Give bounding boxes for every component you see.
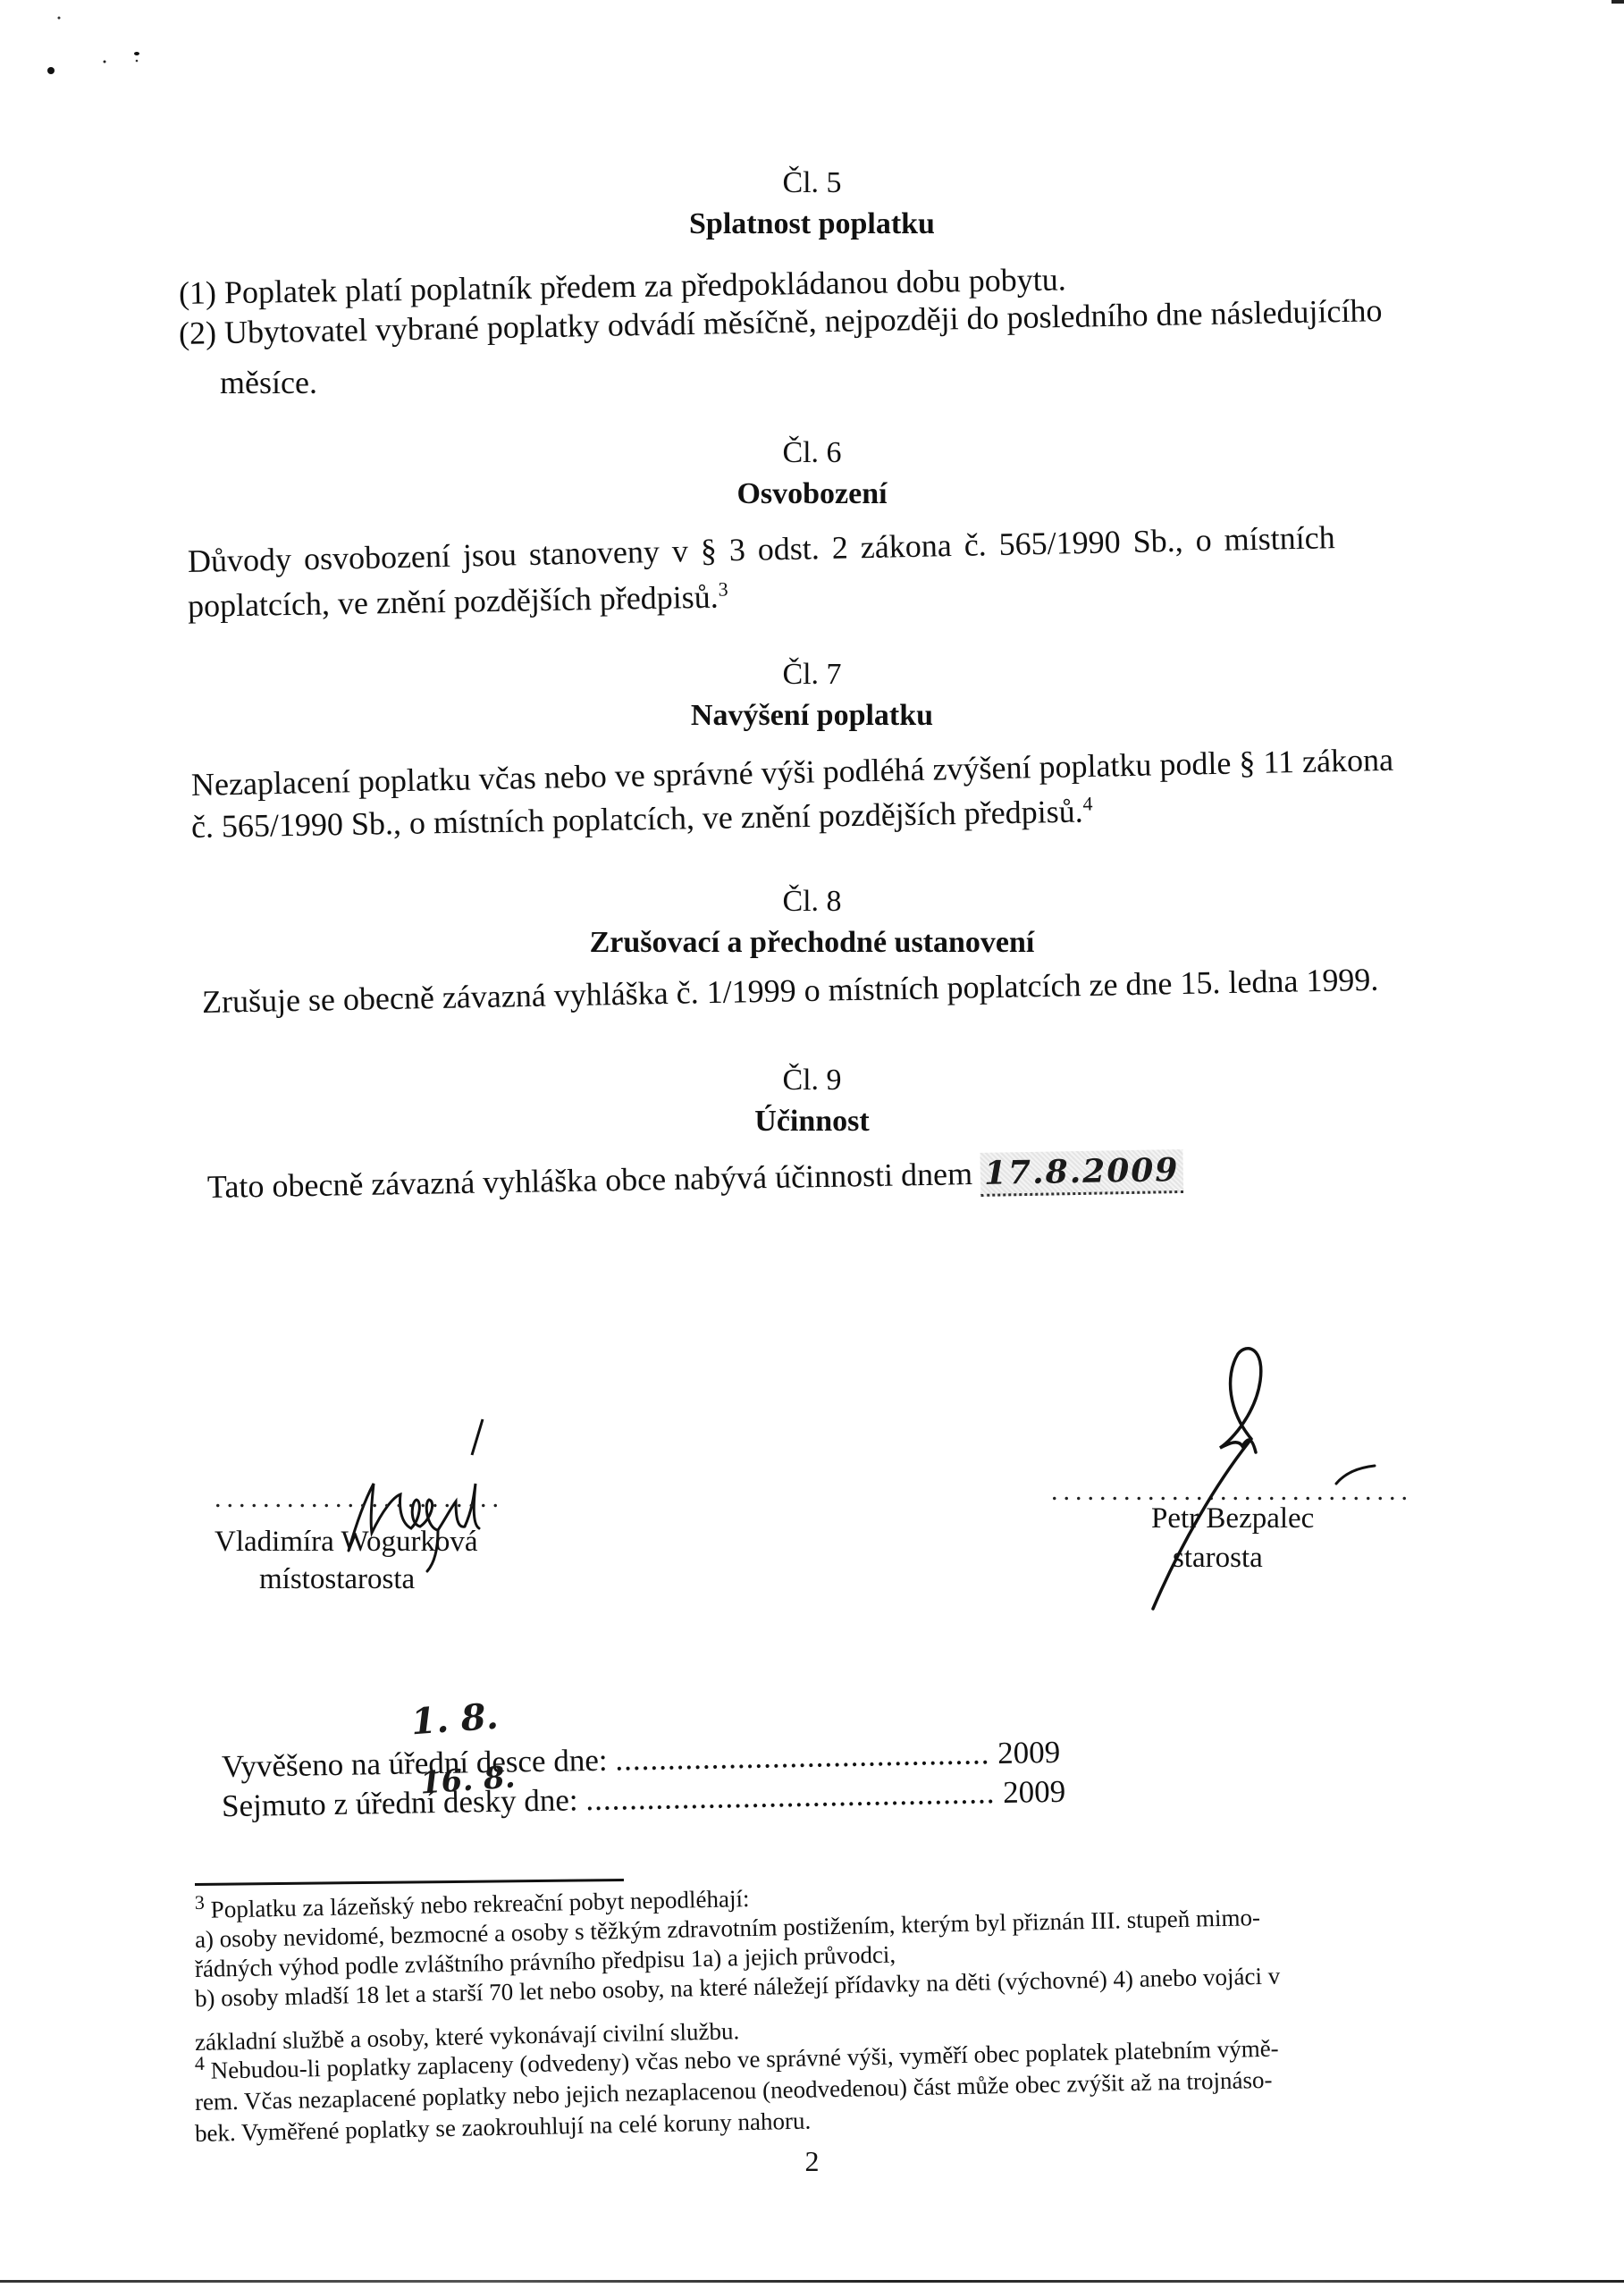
- scan-specks: [0, 0, 286, 107]
- article-7-title: Navýšení poplatku: [0, 699, 1624, 733]
- scan-bottom-edge: [0, 2280, 1624, 2283]
- footnote-ref-3[interactable]: 3: [718, 577, 728, 600]
- article-9-paragraph-1: Tato obecně závazná vyhláška obce nabývá…: [207, 1149, 1183, 1210]
- article-5-number: Čl. 5: [0, 166, 1624, 200]
- removed-dots: ........................................…: [585, 1775, 996, 1817]
- removed-handwritten-date: 16. 8.: [419, 1759, 517, 1801]
- removed-year: 2009: [1003, 1774, 1066, 1810]
- article-6-paragraph-2: poplatcích, ve znění pozdějších předpisů…: [188, 576, 729, 627]
- article-6-number: Čl. 6: [0, 436, 1624, 470]
- footnote-separator: [195, 1879, 624, 1886]
- posted-dots: ........................................…: [615, 1736, 990, 1777]
- footnote-ref-4[interactable]: 4: [1082, 792, 1092, 814]
- footnote-4-mark: 4: [195, 2052, 206, 2074]
- article-9-title: Účinnost: [0, 1105, 1624, 1139]
- posted-year: 2009: [997, 1735, 1061, 1771]
- article-9-number: Čl. 9: [0, 1064, 1624, 1098]
- article-5-paragraph-2-cont: měsíce.: [220, 362, 317, 403]
- signature-left-name: Vladimíra Wogurková: [215, 1523, 478, 1560]
- article-7-number: Čl. 7: [0, 658, 1624, 692]
- removed-label: Sejmuto z úřední desky dne:: [222, 1782, 578, 1823]
- article-8-number: Čl. 8: [0, 885, 1624, 919]
- signature-left-role: místostarosta: [259, 1560, 415, 1598]
- article-6-paragraph-2-text: poplatcích, ve znění pozdějších předpisů…: [188, 579, 719, 624]
- article-6-title: Osvobození: [0, 477, 1624, 511]
- posted-label: Vyvěšeno na úřední desce dne:: [222, 1743, 608, 1785]
- posted-handwritten-date: 1. 8.: [409, 1695, 499, 1744]
- article-8-title: Zrušovací a přechodné ustanovení: [0, 926, 1624, 960]
- article-8-paragraph-1: Zrušuje se obecně závazná vyhláška č. 1/…: [202, 959, 1379, 1022]
- signature-right-handwriting: [1126, 1341, 1412, 1627]
- footnote-3-mark: 3: [195, 1891, 206, 1914]
- scanned-document-page: Čl. 5 Splatnost poplatku (1) Poplatek pl…: [0, 0, 1624, 2288]
- article-5-title: Splatnost poplatku: [0, 207, 1624, 241]
- signature-left-line: ........................: [215, 1484, 504, 1514]
- page-number: 2: [0, 2145, 1624, 2178]
- scan-corner-mark: [1611, 0, 1624, 4]
- article-9-paragraph-text: Tato obecně závazná vyhláška obce nabývá…: [207, 1156, 973, 1205]
- article-6-paragraph-1: Důvody osvobození jsou stanoveny v § 3 o…: [188, 517, 1336, 582]
- handwritten-effective-date: 17.8.2009: [980, 1149, 1183, 1197]
